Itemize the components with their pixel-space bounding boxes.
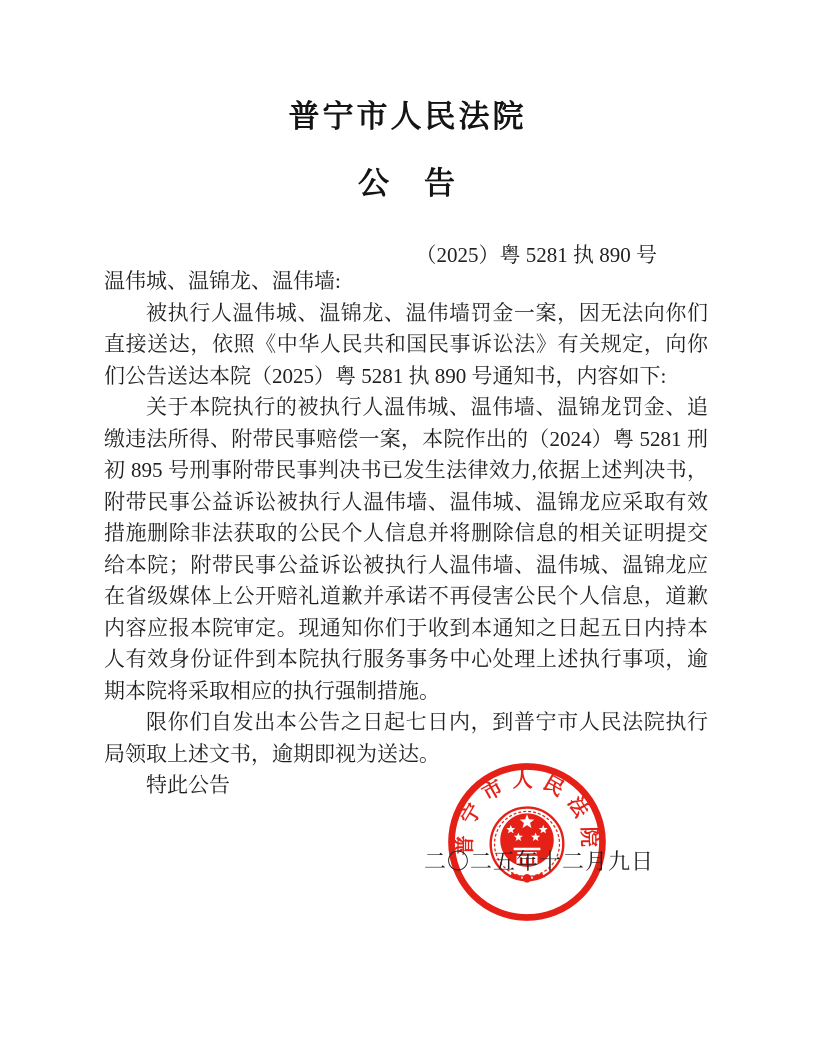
paragraph-2: 关于本院执行的被执行人温伟城、温伟墙、温锦龙罚金、追缴违法所得、附带民事赔偿一案… (104, 392, 708, 707)
notice-body: 温伟城、温锦龙、温伟墙: 被执行人温伟城、温锦龙、温伟墙罚金一案，因无法向你们直… (104, 266, 708, 802)
paragraph-3: 限你们自发出本公告之日起七日内，到普宁市人民法院执行局领取上述文书，逾期即视为送… (104, 707, 708, 770)
notice-page: 普宁市人民法院 公 告 （2025）粤 5281 执 890 号 温伟城、温锦龙… (0, 0, 815, 1055)
notice-date: 二〇二五年十二月九日 (424, 845, 654, 876)
paragraph-1: 被执行人温伟城、温锦龙、温伟墙罚金一案，因无法向你们直接送达，依照《中华人民共和… (104, 298, 708, 393)
court-seal-svg: 普宁市人民法院 (441, 756, 613, 928)
notice-title: 公 告 (0, 136, 815, 203)
court-seal: 普宁市人民法院 (441, 756, 613, 928)
case-number: （2025）粤 5281 执 890 号 (0, 239, 815, 269)
salutation: 温伟城、温锦龙、温伟墙: (104, 266, 708, 298)
closing-line: 特此公告 (104, 770, 708, 802)
court-name: 普宁市人民法院 (0, 0, 815, 136)
